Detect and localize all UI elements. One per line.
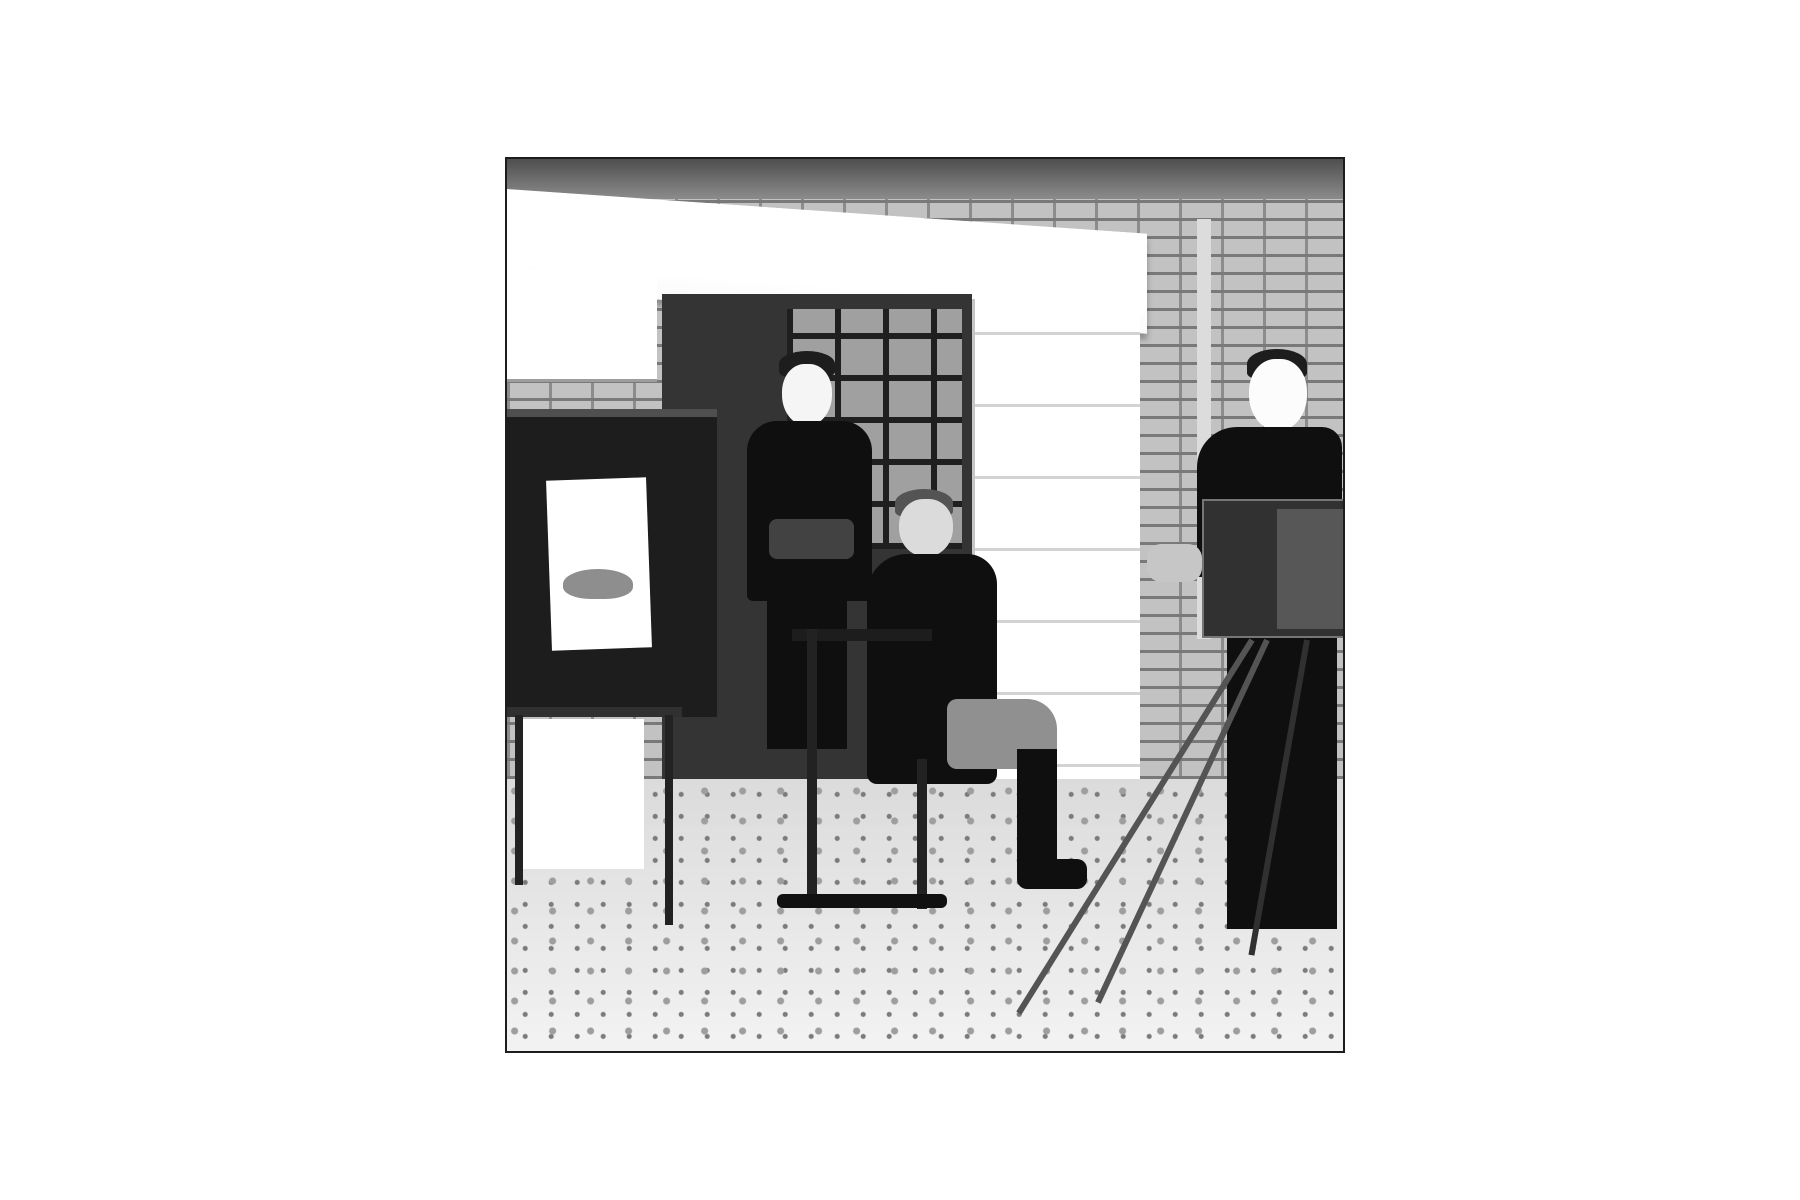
table-top <box>507 707 682 717</box>
framed-portrait <box>546 477 652 650</box>
table-leg <box>665 715 673 925</box>
seated-man-leg <box>1017 749 1057 869</box>
camera-front-panel <box>1277 509 1345 629</box>
white-panel <box>519 719 644 869</box>
portrait-figure <box>563 569 633 599</box>
standing-man-hands <box>769 519 854 559</box>
chair-base <box>777 894 947 908</box>
photographer-hand <box>1147 544 1202 582</box>
roof-edge <box>507 159 1343 199</box>
photographer-head <box>1249 359 1307 431</box>
seated-man-shoe <box>1017 859 1087 889</box>
standing-man-coat <box>747 421 872 601</box>
standing-man-head <box>782 364 832 426</box>
historical-photograph <box>505 157 1345 1053</box>
chair-leg <box>807 629 817 899</box>
left-door-panel <box>507 269 657 382</box>
chair-leg <box>917 759 927 909</box>
seated-man-head <box>899 499 953 557</box>
table-leg <box>515 715 523 885</box>
